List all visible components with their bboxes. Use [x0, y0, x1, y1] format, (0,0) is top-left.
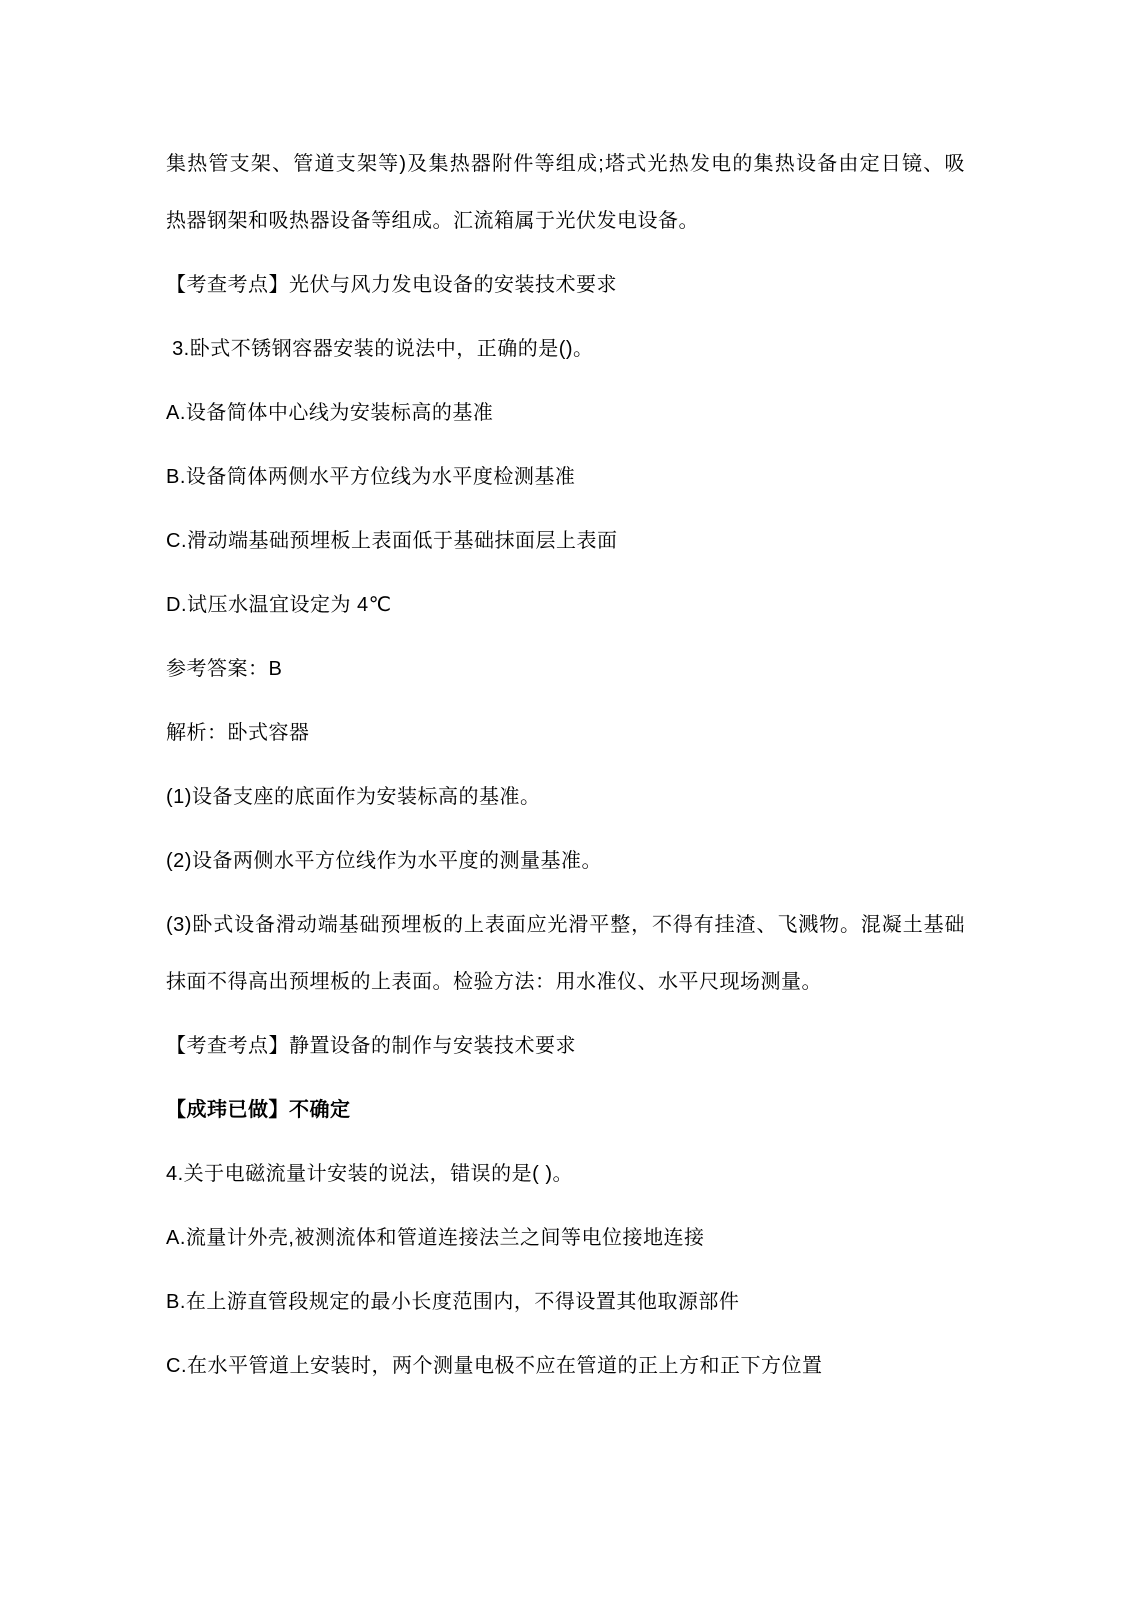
- question-3-answer: 参考答案：B: [166, 641, 965, 698]
- question-3-option-b: B.设备筒体两侧水平方位线为水平度检测基准: [166, 449, 965, 506]
- question-3-analysis-point-2: (2)设备两侧水平方位线作为水平度的测量基准。: [166, 833, 965, 890]
- question-4-option-b: B.在上游直管段规定的最小长度范围内，不得设置其他取源部件: [166, 1274, 965, 1331]
- question-3-analysis-point-3-line-2: 抹面不得高出预埋板的上表面。检验方法：用水准仪、水平尺现场测量。: [166, 954, 965, 1011]
- analysis-continuation-line-1: 集热管支架、管道支架等)及集热器附件等组成;塔式光热发电的集热设备由定日镜、吸: [166, 136, 965, 193]
- question-3-analysis-point-1: (1)设备支座的底面作为安装标高的基准。: [166, 769, 965, 826]
- question-3-option-a: A.设备简体中心线为安装标高的基准: [166, 385, 965, 442]
- analysis-continuation-line-2: 热器钢架和吸热器设备等组成。汇流箱属于光伏发电设备。: [166, 193, 965, 250]
- question-3-option-c: C.滑动端基础预埋板上表面低于基础抹面层上表面: [166, 513, 965, 570]
- exam-point-note-q2: 【考查考点】光伏与风力发电设备的安装技术要求: [166, 257, 965, 314]
- question-4-stem: 4.关于电磁流量计安装的说法，错误的是( )。: [166, 1146, 965, 1203]
- document-content: 集热管支架、管道支架等)及集热器附件等组成;塔式光热发电的集热设备由定日镜、吸 …: [166, 136, 965, 1395]
- exam-point-note-q3: 【考查考点】静置设备的制作与安装技术要求: [166, 1018, 965, 1075]
- question-4-option-a: A.流量计外壳,被测流体和管道连接法兰之间等电位接地连接: [166, 1210, 965, 1267]
- question-3-analysis-title: 解析：卧式容器: [166, 705, 965, 762]
- question-3-stem: 3.卧式不锈钢容器安装的说法中，正确的是()。: [166, 321, 965, 378]
- question-3-option-d: D.试压水温宜设定为 4℃: [166, 577, 965, 634]
- question-4-option-c: C.在水平管道上安装时，两个测量电极不应在管道的正上方和正下方位置: [166, 1338, 965, 1395]
- document-page: 集热管支架、管道支架等)及集热器附件等组成;塔式光热发电的集热设备由定日镜、吸 …: [0, 0, 1131, 1600]
- user-note-chengwei: 【成玮已做】不确定: [166, 1082, 965, 1139]
- question-3-analysis-point-3-line-1: (3)卧式设备滑动端基础预埋板的上表面应光滑平整，不得有挂渣、飞溅物。混凝土基础: [166, 897, 965, 954]
